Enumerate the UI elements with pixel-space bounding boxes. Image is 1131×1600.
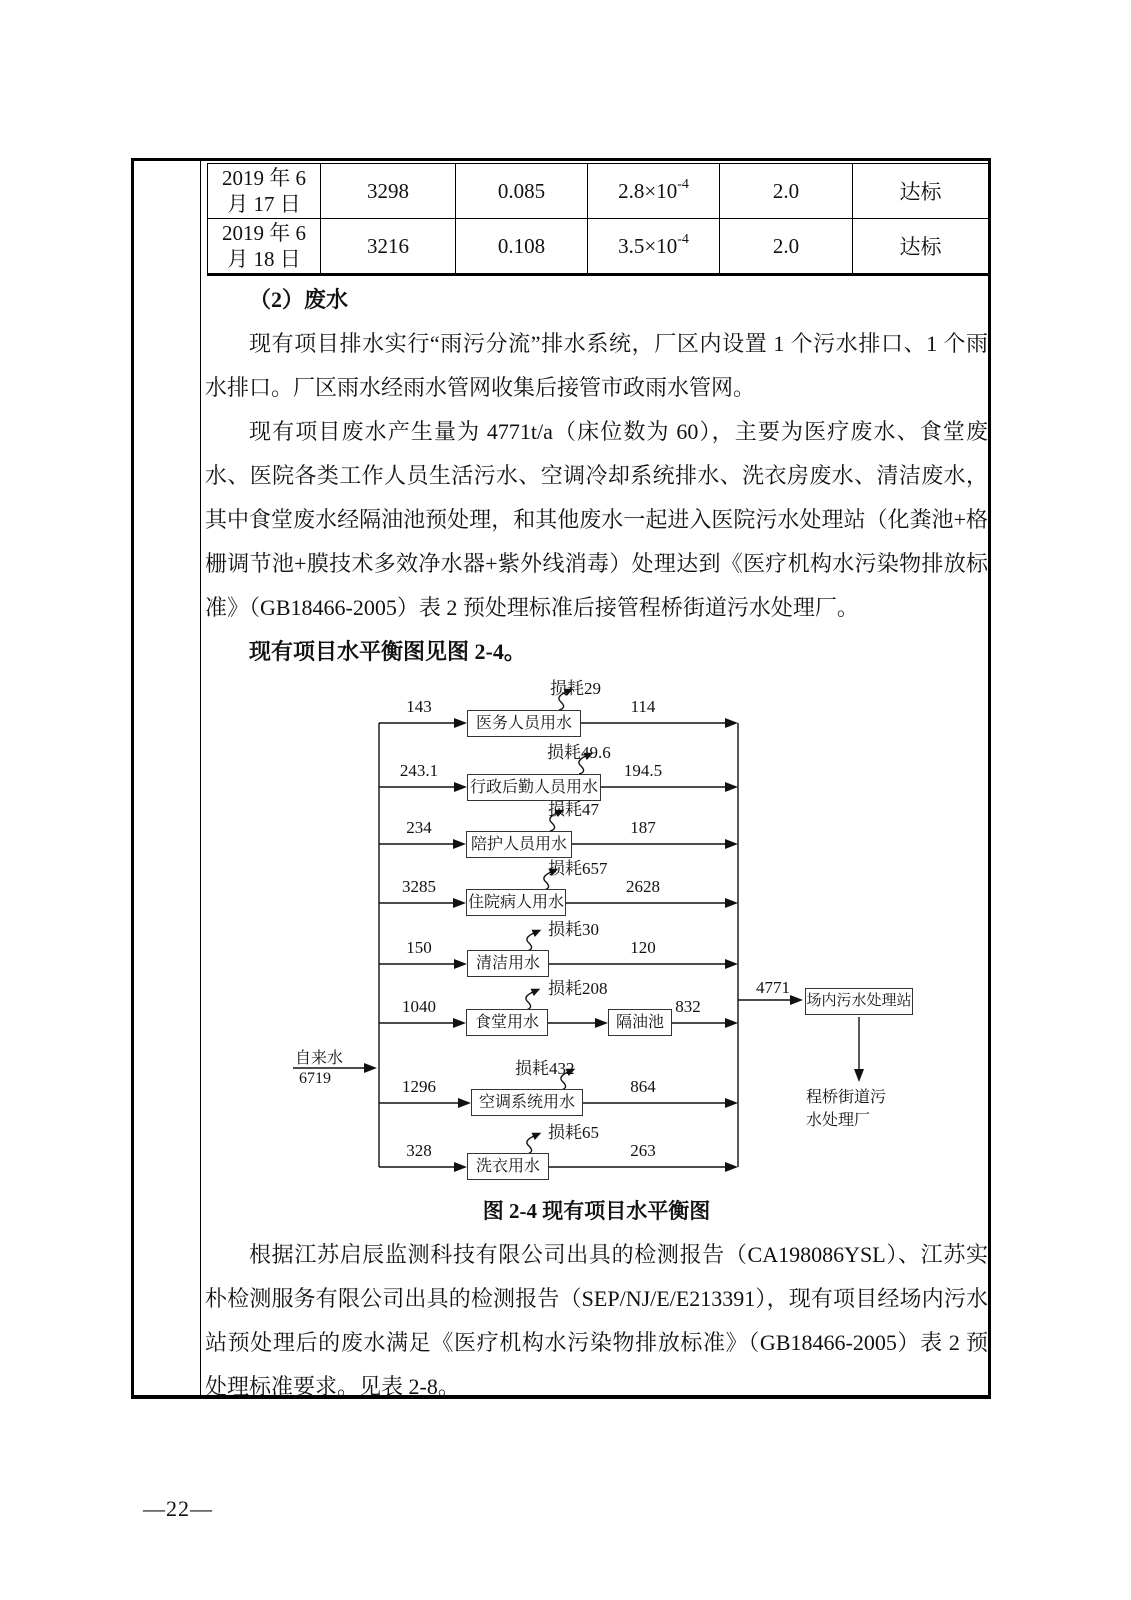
- loss-label: 损耗30: [548, 919, 599, 941]
- table-row: 2019 年 6 月 18 日 3216 0.108 3.5×10-4 2.0 …: [208, 219, 989, 275]
- loss-label: 损耗47: [548, 799, 599, 821]
- usage-box: 行政后勤人员用水: [467, 774, 601, 801]
- input-value-label: 3285: [383, 876, 455, 898]
- cell-flow: 3298: [321, 164, 456, 219]
- loss-label: 损耗65: [548, 1122, 599, 1144]
- output-value-label: 263: [603, 1140, 683, 1162]
- usage-box: 食堂用水: [466, 1009, 548, 1036]
- input-value-label: 143: [383, 696, 455, 718]
- cell-sci-value: 3.5×10-4: [588, 219, 720, 275]
- total-value-label: 4771: [743, 977, 803, 999]
- frame-column-divider: [200, 158, 201, 1399]
- cell-flow: 3216: [321, 219, 456, 275]
- input-value-label: 150: [383, 937, 455, 959]
- output-value-label: 187: [603, 817, 683, 839]
- source-value: 6719: [299, 1070, 331, 1088]
- input-value-label: 1296: [383, 1076, 455, 1098]
- cell-sci-value: 2.8×10-4: [588, 164, 720, 219]
- page-number: —22—: [143, 1496, 213, 1522]
- water-balance-diagram: 自来水 6719 143 损耗29 医务人员用水 114 243.1 损耗49.…: [205, 674, 988, 1189]
- cell-date: 2019 年 6 月 17 日: [208, 164, 321, 219]
- output-value-label: 120: [603, 937, 683, 959]
- figure-caption: 图 2-4 现有项目水平衡图: [205, 1189, 988, 1233]
- section-heading: （2）废水: [205, 278, 988, 322]
- paragraph-wastewater: 现有项目废水产生量为 4771t/a（床位数为 60），主要为医疗废水、食堂废水…: [205, 410, 988, 630]
- output-value-label: 864: [603, 1076, 683, 1098]
- cell-value2: 2.0: [720, 164, 853, 219]
- cell-result: 达标: [853, 164, 989, 219]
- treatment-station-box: 场内污水处理站: [805, 988, 913, 1015]
- output-value-label: 194.5: [603, 760, 683, 782]
- source-label: 自来水: [295, 1045, 343, 1068]
- usage-box: 洗衣用水: [467, 1153, 549, 1180]
- monitoring-table: 2019 年 6 月 17 日 3298 0.085 2.8×10-4 2.0 …: [207, 163, 989, 276]
- paragraph-reports: 根据江苏启辰监测科技有限公司出具的检测报告（CA198086YSL）、江苏实朴检…: [205, 1233, 988, 1409]
- usage-box: 空调系统用水: [471, 1089, 583, 1116]
- cell-value1: 0.108: [456, 219, 588, 275]
- destination-label: 程桥街道污 水处理厂: [806, 1086, 916, 1132]
- loss-label: 损耗657: [548, 858, 608, 880]
- frame-left-border: [131, 158, 134, 1399]
- sci-exponent: -4: [677, 177, 689, 192]
- loss-label: 损耗432: [515, 1058, 575, 1080]
- paragraph-drainage: 现有项目排水实行“雨污分流”排水系统，厂区内设置 1 个污水排口、1 个雨水排口…: [205, 322, 988, 410]
- sci-exponent: -4: [677, 232, 689, 247]
- input-value-label: 328: [383, 1140, 455, 1162]
- usage-box: 陪护人员用水: [466, 831, 572, 858]
- loss-label: 损耗49.6: [547, 742, 611, 764]
- content-column: （2）废水 现有项目排水实行“雨污分流”排水系统，厂区内设置 1 个污水排口、1…: [205, 274, 988, 1409]
- usage-box: 医务人员用水: [467, 710, 581, 737]
- sci-base: 3.5×10: [618, 234, 677, 258]
- output-value-label: 2628: [603, 876, 683, 898]
- frame-top-border: [133, 158, 990, 161]
- cell-date: 2019 年 6 月 18 日: [208, 219, 321, 275]
- loss-label: 损耗208: [548, 978, 608, 1000]
- frame-right-border: [988, 158, 991, 1399]
- usage-box: 清洁用水: [467, 950, 549, 977]
- input-value-label: 234: [383, 817, 455, 839]
- input-value-label: 1040: [383, 996, 455, 1018]
- usage-box: 住院病人用水: [466, 889, 566, 916]
- cell-result: 达标: [853, 219, 989, 275]
- table-row: 2019 年 6 月 17 日 3298 0.085 2.8×10-4 2.0 …: [208, 164, 989, 219]
- cell-value2: 2.0: [720, 219, 853, 275]
- input-value-label: 243.1: [383, 760, 455, 782]
- output-value-label: 114: [603, 696, 683, 718]
- document-page: 2019 年 6 月 17 日 3298 0.085 2.8×10-4 2.0 …: [0, 0, 1131, 1600]
- output-value-label: 832: [653, 996, 723, 1018]
- sci-base: 2.8×10: [618, 179, 677, 203]
- cell-value1: 0.085: [456, 164, 588, 219]
- loss-label: 损耗29: [550, 678, 601, 700]
- figure-reference: 现有项目水平衡图见图 2-4。: [205, 630, 988, 674]
